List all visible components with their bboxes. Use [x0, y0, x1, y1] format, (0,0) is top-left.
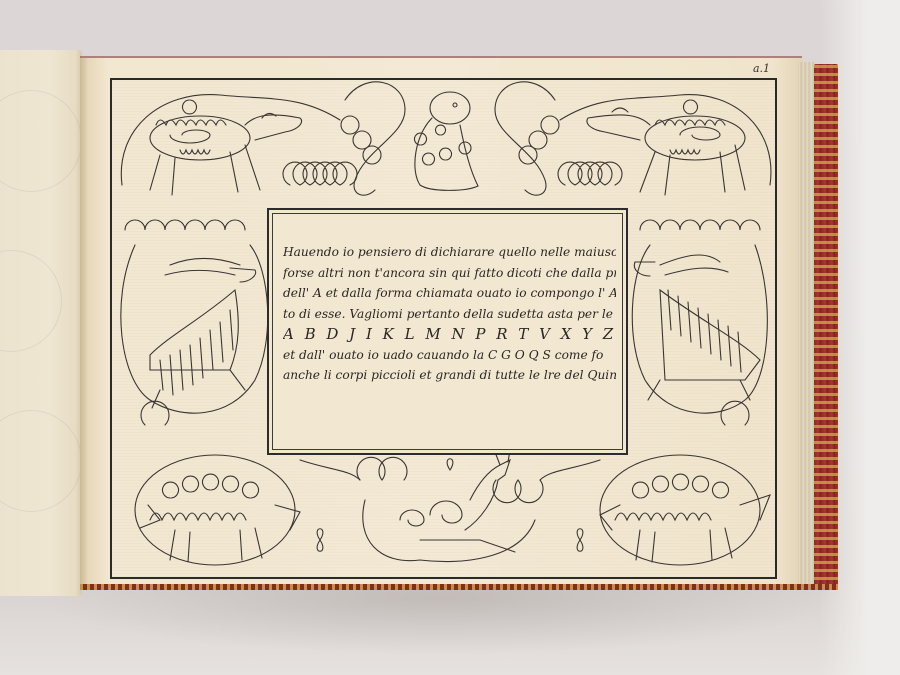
- text-line-3: dell' A et dalla forma chiamata ouato io…: [283, 283, 616, 304]
- goat-middle-right-icon: [632, 220, 767, 425]
- text-line-1: Hauendo io pensiero di dichiarare quello…: [283, 242, 616, 263]
- text-line-4: to di esse. Vagliomi pertanto della sude…: [283, 304, 616, 325]
- loop-chain-icon: [283, 162, 357, 185]
- text-line-6: et dall' ouato io uado cauando la C G O …: [283, 345, 616, 366]
- calligraphy-text: Hauendo io pensiero di dichiarare quello…: [283, 242, 616, 386]
- loop-chain-icon: [558, 162, 622, 185]
- goat-middle-left-icon: [121, 220, 268, 425]
- capitals-line: A B D J I K L M N P R T V X Y Z: [283, 324, 616, 345]
- fox-bottom-center-icon: [357, 450, 543, 562]
- sheep-bottom-right-icon: [600, 455, 770, 565]
- monkey-top-center-icon: [341, 82, 559, 195]
- ram-top-right-icon: [560, 95, 771, 195]
- text-line-2: forse altri non t'ancora sin qui fatto d…: [283, 263, 616, 284]
- sheep-bottom-left-icon: [135, 455, 300, 565]
- text-cartouche: Hauendo io pensiero di dichiarare quello…: [267, 208, 628, 455]
- ram-top-left-icon: [121, 95, 340, 195]
- text-line-7: anche li corpi piccioli et grandi di tut…: [283, 365, 616, 386]
